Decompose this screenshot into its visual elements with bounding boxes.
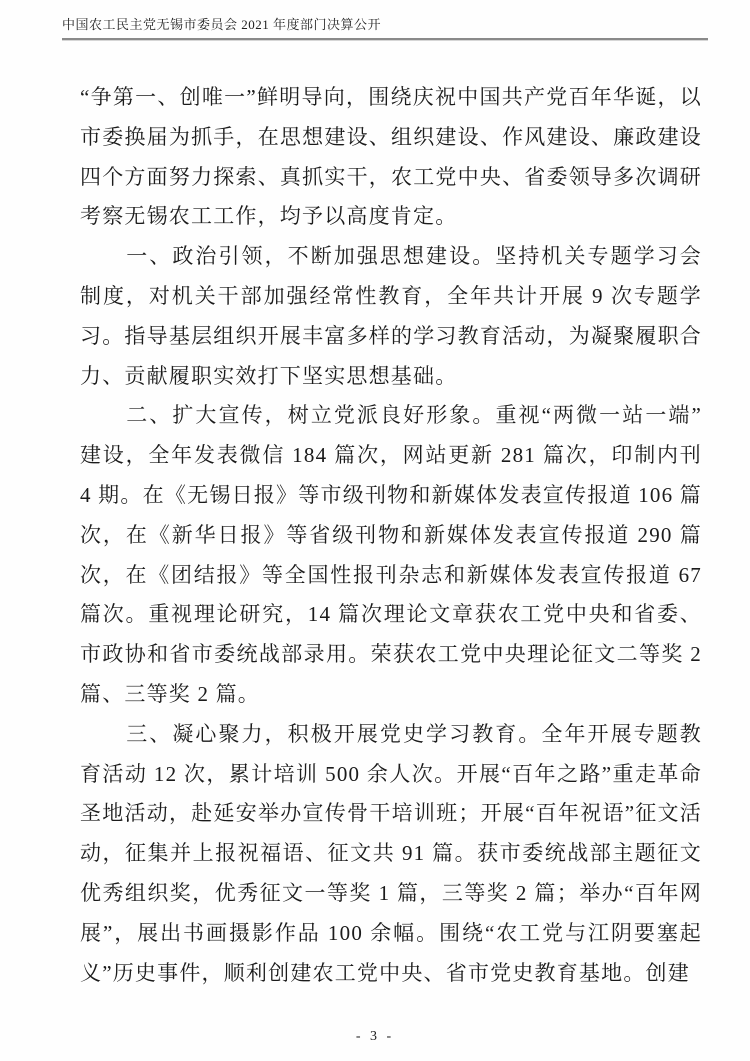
page-footer: - 3 -: [0, 1029, 750, 1045]
body-paragraph: “争第一、创唯一”鲜明导向，围绕庆祝中国共产党百年华诞，以市委换届为抓手，在思想…: [80, 78, 702, 237]
page-number: - 3 -: [356, 1029, 394, 1044]
body-paragraph: 三、凝心聚力，积极开展党史学习教育。全年开展专题教育活动 12 次，累计培训 5…: [80, 715, 702, 994]
page-header: 中国农工民主党无锡市委员会 2021 年度部门决算公开: [62, 14, 708, 40]
body-paragraph: 二、扩大宣传，树立党派良好形象。重视“两微一站一端”建设，全年发表微信 184 …: [80, 396, 702, 714]
document-body: “争第一、创唯一”鲜明导向，围绕庆祝中国共产党百年华诞，以市委换届为抓手，在思想…: [80, 78, 702, 993]
page-header-title: 中国农工民主党无锡市委员会 2021 年度部门决算公开: [62, 17, 381, 32]
document-page: 中国农工民主党无锡市委员会 2021 年度部门决算公开 “争第一、创唯一”鲜明导…: [0, 0, 750, 1061]
body-paragraph: 一、政治引领，不断加强思想建设。坚持机关专题学习会制度，对机关干部加强经常性教育…: [80, 237, 702, 396]
